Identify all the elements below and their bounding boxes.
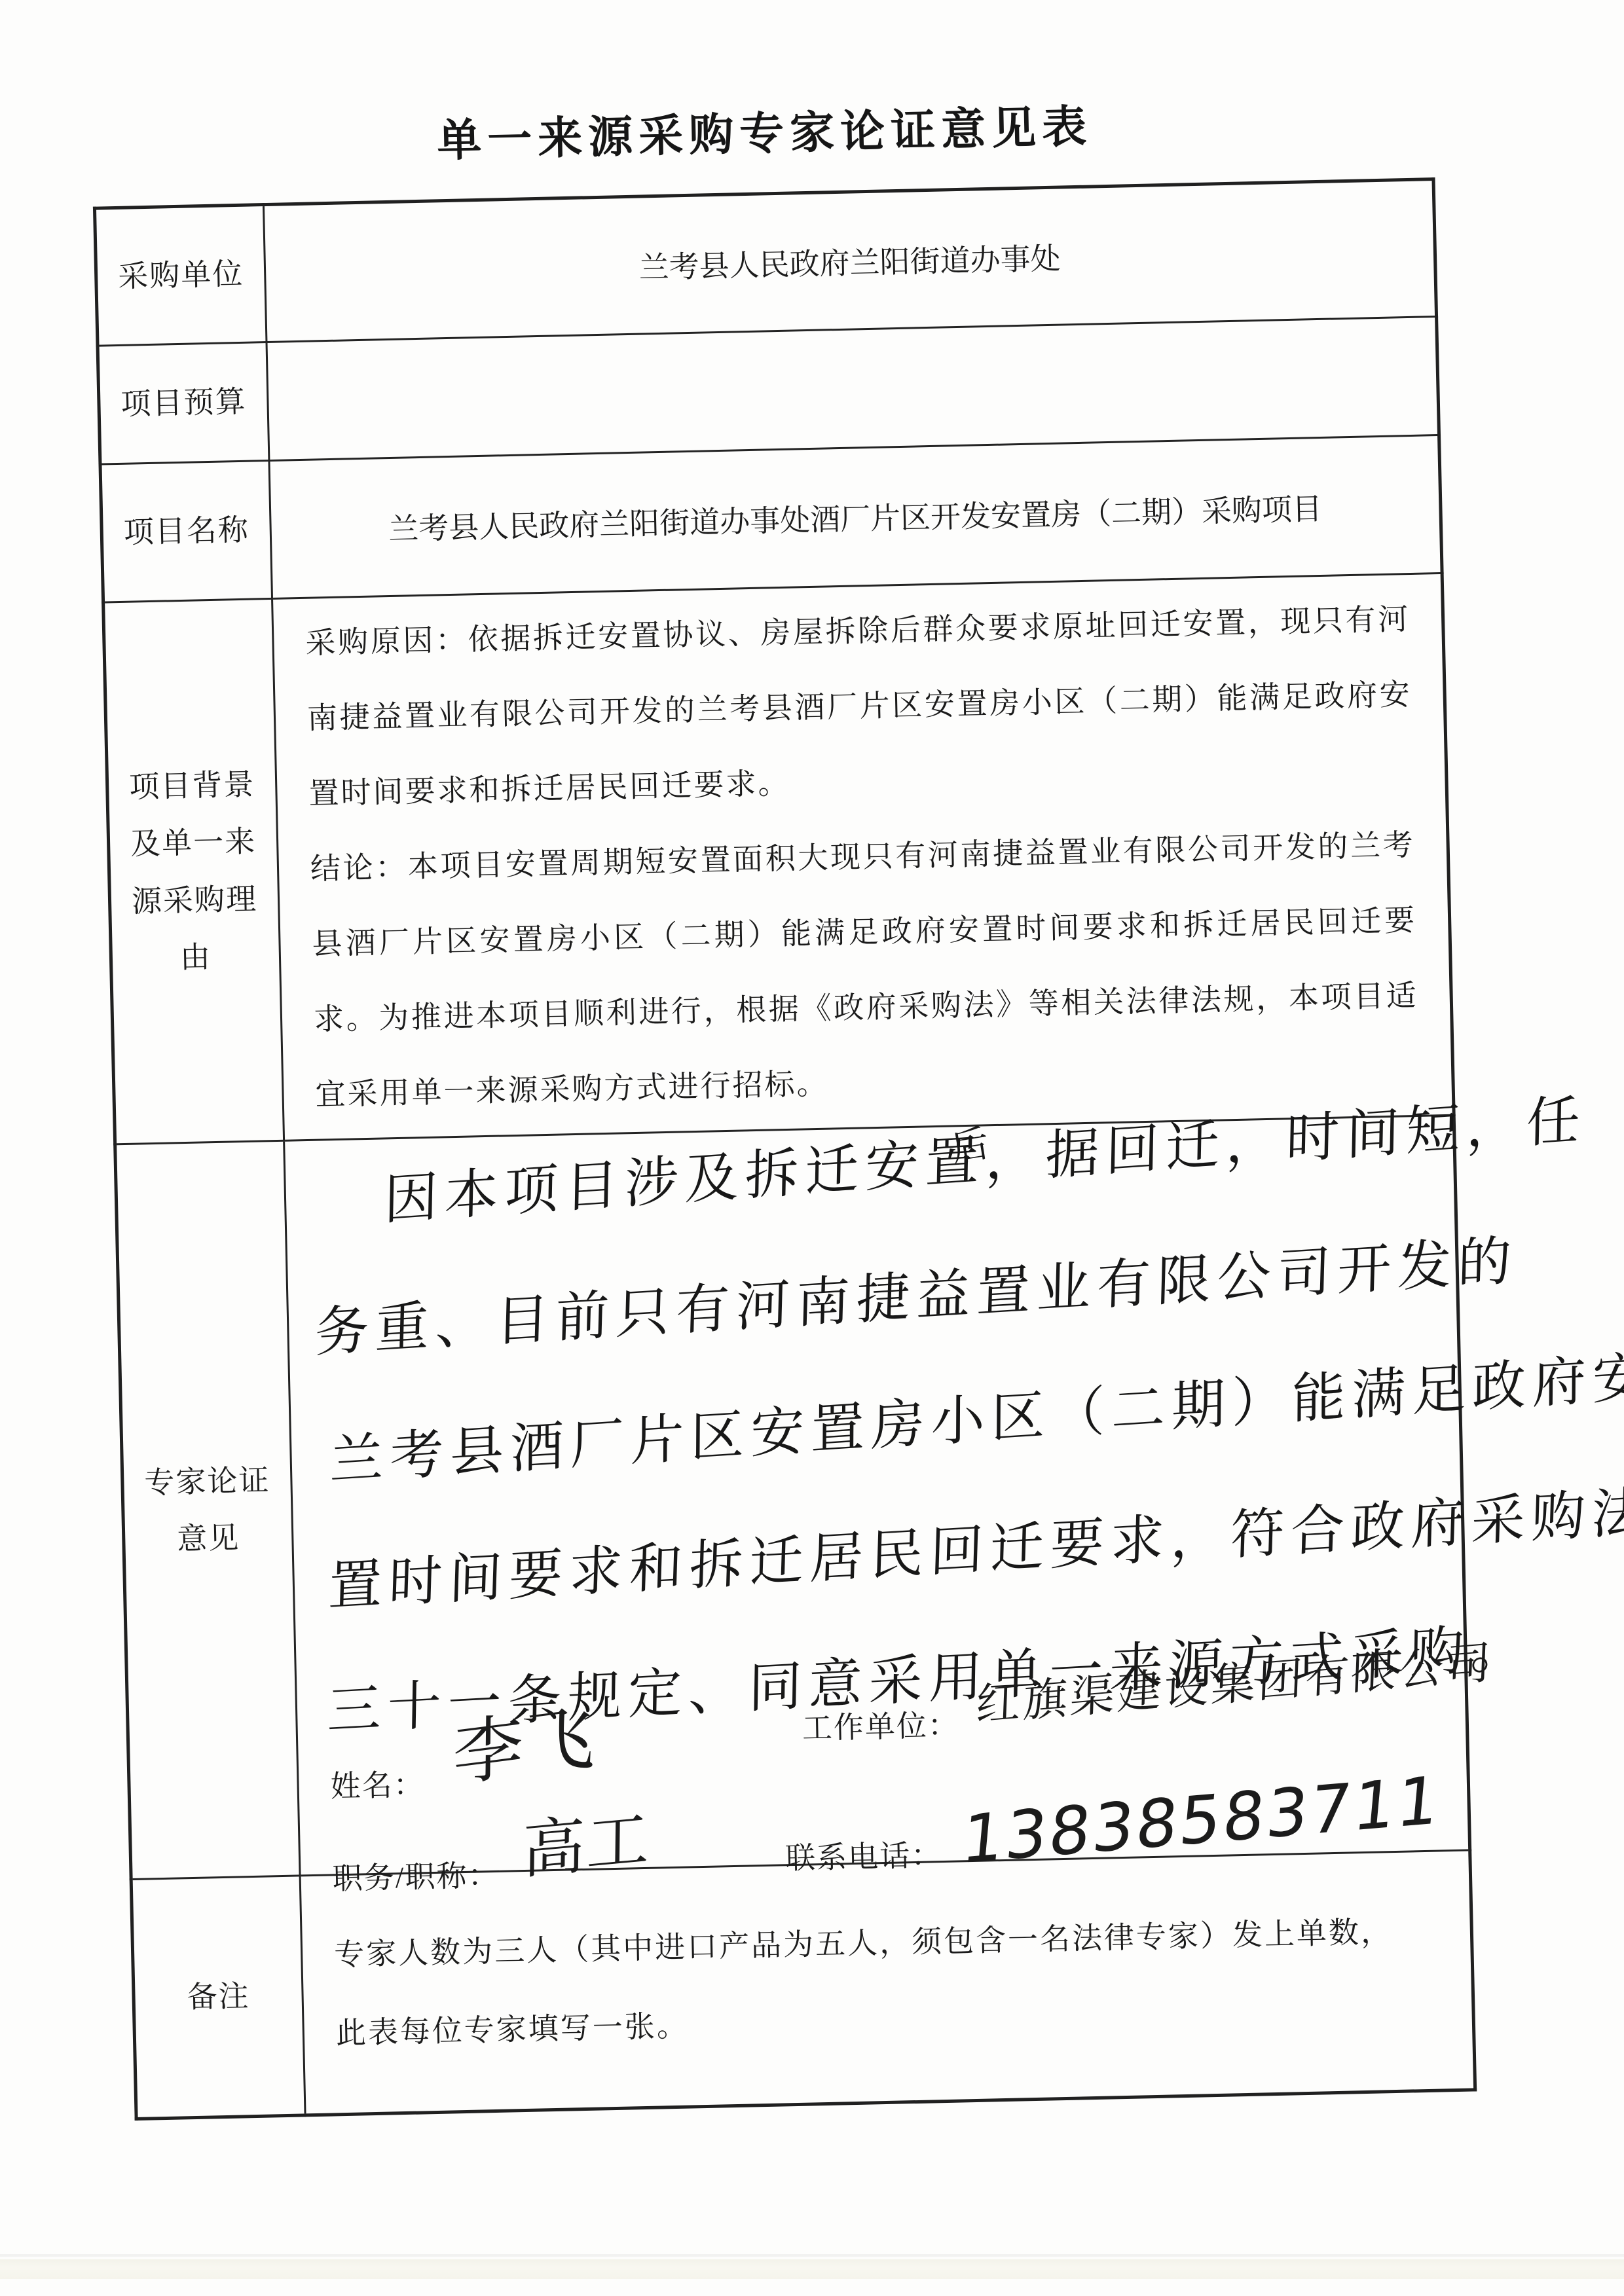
form-title: 单一来源采购专家论证意见表 [91,84,1439,177]
expert-post-label: 职务/职称： [332,1859,500,1896]
background-paragraph-2: 结论：本项目安置周期短安置面积大现只有河南捷益置业有限公司开发的兰考县酒厂片区安… [310,807,1421,1133]
expert-phone-handwriting: 13838583711 [959,1761,1444,1878]
expert-name-label: 姓名： [330,1768,425,1803]
procurement-unit-value: 兰考县人民政府兰阳街道办事处 [263,179,1436,342]
background-paragraph-1: 采购原因：依据拆迁安置协议、房屋拆除后群众要求原址回迁安置，现只有河南捷益置业有… [304,581,1414,831]
project-name-value: 兰考县人民政府兰阳街道办事处酒厂片区开发安置房（二期）采购项目 [269,435,1442,598]
remark-label: 备注 [131,1876,305,2119]
expert-post-field: 职务/职称：高工 [331,1812,629,1908]
scan-artifact-line [0,2254,1624,2257]
scanned-document-page: 单一来源采购专家论证意见表 采购单位 兰考县人民政府兰阳街道办事处 项目预算 项… [0,0,1624,2296]
handwritten-line-4: 置时间要求和拆迁居民回迁要求，符合政府采购法 [327,1468,1624,1620]
form-sheet: 单一来源采购专家论证意见表 采购单位 兰考县人民政府兰阳街道办事处 项目预算 项… [91,84,1481,2121]
expert-phone-label: 联系电话： [785,1838,943,1875]
procurement-unit-label: 采购单位 [94,205,267,346]
handwritten-line-2: 务重、目前只有河南捷益置业有限公司开发的 [314,1218,1519,1367]
row-expert-opinion: 专家论证意见 因本项目涉及拆迁安置，据回迁，时间短，任 后 务重、目前只有河南捷… [115,1115,1470,1879]
expert-name-signature: 李飞 [452,1679,597,1800]
background-reason-value: 采购原因：依据拆迁安置协议、房屋拆除后群众要求原址回迁安置，现只有河南捷益置业有… [272,573,1454,1140]
project-budget-label: 项目预算 [98,342,269,465]
background-reason-label: 项目背景及单一来源采购理由 [103,598,284,1144]
handwritten-line-3: 兰考县酒厂片区安置房小区（二期）能满足政府安 [329,1334,1624,1495]
project-name-label: 项目名称 [100,460,272,602]
expert-opinion-cell: 因本项目涉及拆迁安置，据回迁，时间短，任 后 务重、目前只有河南捷益置业有限公司… [284,1115,1470,1876]
expert-phone-field: 联系电话：13838583711 [784,1794,1423,1884]
scan-artifact-band [0,2259,1624,2279]
expert-opinion-label: 专家论证意见 [115,1140,300,1879]
expert-work-unit-label: 工作单位： [802,1708,959,1745]
opinion-form-table: 采购单位 兰考县人民政府兰阳街道办事处 项目预算 项目名称 兰考县人民政府兰阳街… [93,177,1477,2121]
row-background-reason: 项目背景及单一来源采购理由 采购原因：依据拆迁安置协议、房屋拆除后群众要求原址回… [103,573,1454,1144]
expert-post-handwriting: 高工 [522,1789,651,1891]
expert-opinion-handwriting: 因本项目涉及拆迁安置，据回迁，时间短，任 后 务重、目前只有河南捷益置业有限公司… [285,1116,1468,1875]
